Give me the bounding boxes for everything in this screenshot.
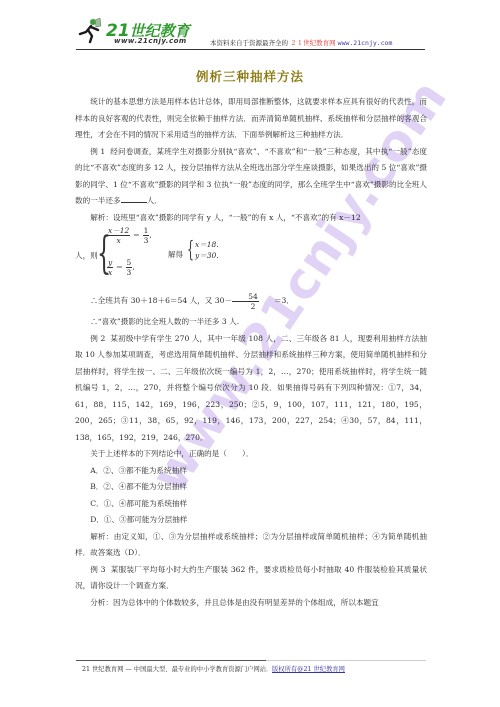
tagline-brand: ２１世纪教育网 [290,39,336,47]
total-calculation: ∴全班共有 30＋18＋6＝54 人，又 30－ 542 ＝3． [75,288,427,314]
example-1-conclusion: ∴“喜欢”摄影的比全班人数的一半还多 3 人. [75,314,427,331]
site-logo: 21世纪教育 www.21cnjy.com [76,12,196,48]
example-3-question: 例 3 某服装厂平均每小时大约生产服装 362 件，要求质检员每小时抽取 40 … [75,562,427,595]
header-tagline: 本资料来自于资源最齐全的 ２１世纪教育网 www.21cnjy.com [210,38,392,47]
total-prefix: ∴全班共有 30＋18＋6＝54 人，又 30－ [75,293,232,310]
fraction-54-2: 542 [232,292,259,311]
example-3-text: 某服装厂平均每小时大约生产服装 362 件，要求质检员每小时抽取 40 件服装检… [75,565,427,591]
equation-2: yx ＝ 53, [107,258,135,277]
document-title: 例析三种抽样方法 [0,67,500,85]
answer-blank [121,195,147,203]
solve-label: 解得 [168,247,183,264]
copyright-link[interactable]: 版权所有@21 世纪教育网 [272,664,345,673]
example-3-label: 例 3 [90,565,105,574]
example-2-prompt: 关于上述样本的下列结论中，正确的是（ ）． [75,446,427,463]
page-footer: 21 世纪教育网 — 中国最大型、最专业的中小学教育资源门户网站． 版权所有@2… [82,664,432,673]
example-2-label: 例 2 [90,334,105,343]
document-body: 统计的基本思想方法是用样本估计总体，即用局部推断整体，这就要求样本应具有很好的代… [75,94,427,611]
option-c: C．①、④都可能为系统抽样 [75,496,427,513]
example-2-question: 例 2 某初级中学有学生 270 人，其中一年级 108 人，二、三年级各 81… [75,331,427,447]
tagline-url[interactable]: www.21cnjy.com [338,39,393,47]
page-header: 21世纪教育 www.21cnjy.com 本资料来自于资源最齐全的 ２１世纪教… [76,12,426,52]
solution-x: x＝18. [195,240,219,250]
example-1-label: 例 1 [90,147,105,156]
example-3-analysis: 分析：因为总体中的个体数较多，并且总体是由没有明显差异的个体组成，所以本题宜 [75,595,427,612]
logo-url: www.21cnjy.com [114,37,187,45]
footer-divider [76,660,266,661]
example-2-analysis: 解析：由定义知，①、③为分层抽样或系统抽样；②为分层抽样或简单随机抽样；④为简单… [75,529,427,562]
example-2-text: 某初级中学有学生 270 人，其中一年级 108 人，二、三年级各 81 人，现… [75,334,427,442]
footer-divider-light [266,660,426,661]
runner-logo-icon [78,18,102,44]
footer-text: 21 世纪教育网 — 中国最大型、最专业的中小学教育资源门户网站． [82,666,272,673]
left-brace-small-icon: { [187,238,194,264]
option-d: D．①、③都可能为分层抽样 [75,512,427,529]
answer-options: A．②、③都不能为系统抽样 B．②、④都不能为分层抽样 C．①、④都可能为系统抽… [75,463,427,529]
solution-y: y＝30. [195,251,219,261]
intro-paragraph: 统计的基本思想方法是用样本估计总体，即用局部推断整体，这就要求样本应具有很好的代… [75,94,427,144]
tagline-prefix: 本资料来自于资源最齐全的 [210,39,288,47]
then-label: 人，则 [75,248,98,265]
total-suffix: ＝3． [259,293,294,310]
example-1-analysis: 解析：设班里“喜欢”摄影的同学有 y 人，“一般”的有 x 人，“不喜欢”的有 … [75,210,427,227]
header-divider [76,49,425,50]
example-1-question: 例 1 经问卷调查，某班学生对摄影分别执“喜欢”、“不喜欢”和“一般”三种态度，… [75,144,427,210]
equation-1: x－12x ＝ 13, [107,226,152,245]
equation-system: 人，则 { x－12x ＝ 13, yx ＝ 53, 解得 { x＝18. y＝… [75,226,427,288]
option-b: B．②、④都不能为分层抽样 [75,479,427,496]
option-a: A．②、③都不能为系统抽样 [75,463,427,480]
example-1-text-end: 人． [147,196,162,205]
